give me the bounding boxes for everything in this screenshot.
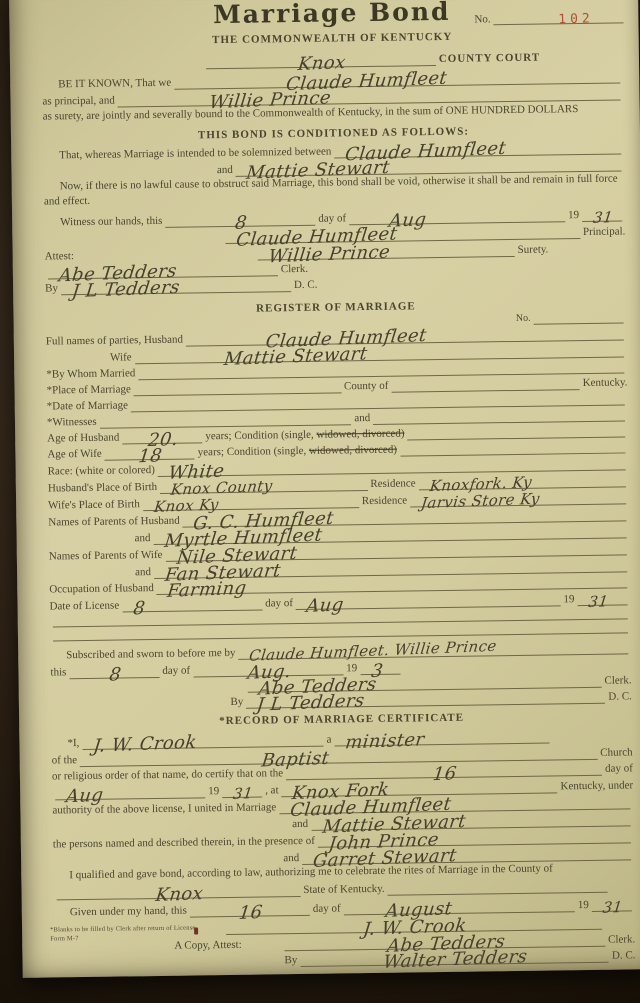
i-label: *I, bbox=[67, 737, 79, 750]
witness2-hw: Garret Stewart bbox=[312, 849, 457, 868]
clerk-label: Clerk. bbox=[604, 674, 631, 687]
of-the-label: of the bbox=[52, 754, 78, 767]
attest-label: Attest: bbox=[45, 250, 75, 263]
at-label: , at bbox=[265, 784, 279, 797]
bride-name-hw: Mattie Stewart bbox=[246, 161, 391, 180]
day-of-label: day of bbox=[265, 597, 293, 610]
sworn-deputy-line: J L Tedders bbox=[246, 692, 605, 709]
and-label: and bbox=[135, 566, 151, 579]
place-label: *Place of Marriage bbox=[46, 383, 130, 397]
given-year-line: 31 bbox=[592, 899, 632, 912]
license-label: Date of License bbox=[49, 600, 119, 614]
nineteen-label: 19 bbox=[346, 662, 357, 675]
by-whom-label: *By Whom Married bbox=[46, 367, 135, 381]
document-page: No. 102 Marriage Bond THE COMMONWEALTH O… bbox=[9, 0, 640, 978]
dc-label: D. C. bbox=[612, 949, 636, 962]
no-label: No. bbox=[516, 312, 531, 325]
and-label: and bbox=[283, 852, 299, 865]
surety-label: Surety. bbox=[518, 243, 549, 256]
principal-label: Principal. bbox=[583, 225, 626, 239]
date-of-marriage-label: *Date of Marriage bbox=[47, 399, 128, 413]
county-of-label: County of bbox=[344, 380, 388, 394]
spacer bbox=[242, 939, 282, 952]
final-deputy-hw: Walter Tedders bbox=[383, 950, 528, 969]
church-label: Church bbox=[600, 746, 633, 759]
age-husband-line: 20. bbox=[122, 431, 202, 444]
nineteen-label: 19 bbox=[568, 209, 579, 222]
footnote: *Blanks to be filled by Clerk after retu… bbox=[50, 923, 198, 943]
nineteen-label: 19 bbox=[208, 785, 219, 798]
spacer bbox=[43, 165, 217, 179]
wife-label: Wife bbox=[110, 351, 132, 364]
sworn-deputy-hw: J L Tedders bbox=[256, 694, 365, 711]
spacer bbox=[46, 353, 110, 366]
age-wife-label: Age of Wife bbox=[47, 448, 102, 462]
wife-birth-label: Wife's Place of Birth bbox=[48, 498, 140, 512]
state-label: State of Kentucky. bbox=[303, 883, 385, 897]
spacer bbox=[54, 955, 284, 970]
nineteen-label: 19 bbox=[563, 593, 574, 606]
witness-year-line: 31 bbox=[582, 209, 622, 222]
cert-year-line: 31 bbox=[222, 786, 262, 799]
final-deputy-line: Walter Tedders bbox=[300, 951, 609, 967]
and-label: and bbox=[354, 412, 370, 425]
residence-label: Residence bbox=[362, 494, 407, 508]
as-principal-label: as principal, and bbox=[42, 95, 115, 109]
and-label: and bbox=[135, 532, 151, 545]
condition-struck-label: widowed, divorced) bbox=[309, 444, 397, 458]
clerk-label: Clerk. bbox=[608, 933, 635, 946]
dc-label: D. C. bbox=[294, 279, 318, 292]
a-label: a bbox=[327, 734, 332, 747]
license-year-line: 31 bbox=[577, 593, 627, 606]
and-label: and bbox=[292, 818, 308, 831]
kentucky-label: Kentucky. bbox=[583, 376, 628, 390]
spacer bbox=[51, 697, 231, 712]
day-of-label: day of bbox=[313, 902, 341, 915]
day-of-label: day of bbox=[605, 762, 633, 775]
page-title: Marriage Bond bbox=[213, 4, 451, 20]
deputy-signature-hw: J L Tedders bbox=[71, 281, 180, 298]
clerk-label: Clerk. bbox=[281, 263, 308, 276]
by-label: By bbox=[45, 282, 58, 295]
day-of-label: day of bbox=[162, 665, 190, 678]
nineteen-label: 19 bbox=[578, 899, 589, 912]
ink-mark bbox=[194, 927, 198, 934]
spacer bbox=[605, 917, 635, 929]
age-husband-label: Age of Husband bbox=[47, 432, 119, 446]
dc-label: D. C. bbox=[608, 690, 632, 703]
by-label: By bbox=[284, 954, 297, 967]
day-of-label: day of bbox=[318, 212, 346, 225]
spacer bbox=[317, 275, 626, 291]
deputy-signature-line: J L Tedders bbox=[61, 280, 291, 295]
ky-under-label: Kentucky, under bbox=[560, 779, 633, 793]
by-label: By bbox=[230, 696, 243, 709]
condition-struck-label: widowed, divorced) bbox=[316, 428, 404, 442]
residence-label: Residence bbox=[370, 477, 415, 491]
witnesses-label: *Witnesses bbox=[47, 416, 97, 430]
this-label: this bbox=[50, 666, 66, 679]
and-label: and bbox=[217, 164, 233, 177]
